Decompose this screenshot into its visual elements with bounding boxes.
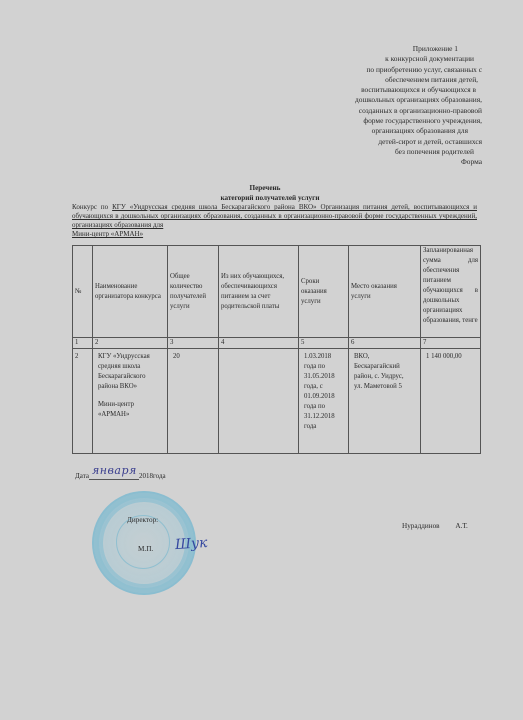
period-line: 01.09.2018 xyxy=(304,392,346,402)
period-line: 31.05.2018 xyxy=(304,372,346,382)
period-line: года по xyxy=(304,402,346,412)
appendix-line: созданных в организационно-правовой xyxy=(300,106,482,116)
intro-prefix: Конкурс по xyxy=(72,203,112,211)
document-title: Перечень xyxy=(200,184,330,193)
table-header-row: № Наименование организатора конкурса Общ… xyxy=(73,246,481,338)
intro-paragraph: Конкурс по КГУ «Уидрусская средняя школа… xyxy=(72,203,477,239)
place-line: район, с. Уидрус, xyxy=(354,372,418,382)
column-number: 1 xyxy=(73,338,93,349)
date-label: Дата xyxy=(75,472,89,480)
row-number: 2 xyxy=(73,349,93,454)
place-line: ВКО, xyxy=(354,352,418,362)
header-planned-sum: Запланированная сумма для обеспечения пи… xyxy=(421,246,481,338)
intro-organizer: КГУ «Уидрусская средняя школа Бескарагай… xyxy=(72,203,477,229)
organizer-line: Бескарагайского xyxy=(98,372,165,382)
row-parent-paid xyxy=(219,349,299,454)
column-number: 4 xyxy=(219,338,299,349)
signer: Нураддинов А.Т. xyxy=(402,522,468,530)
intro-center-name: Мини-центр «АРМАН» xyxy=(72,230,477,239)
appendix-header: Приложение 1 к конкурсной документации п… xyxy=(300,44,482,168)
appendix-line: форме государственного учреждения, xyxy=(300,116,482,126)
appendix-line: обеспечением питания детей, xyxy=(300,75,482,85)
signer-initials: А.Т. xyxy=(455,522,467,530)
appendix-line: по приобретению услуг, связанных с xyxy=(300,65,482,75)
row-total-recipients: 20 xyxy=(168,349,219,454)
date-blank: января xyxy=(89,468,139,480)
place-line: ул. Маметовой 5 xyxy=(354,382,418,392)
place-line: Бескарагайский xyxy=(354,362,418,372)
header-parent-paid: Из них обучающихся, обеспечивающихся пит… xyxy=(219,246,299,338)
column-number: 5 xyxy=(299,338,349,349)
date-handwritten: января xyxy=(92,464,137,477)
appendix-line: воспитывающихся и обучающихся в xyxy=(300,85,482,95)
row-place: ВКО, Бескарагайский район, с. Уидрус, ул… xyxy=(349,349,421,454)
header-total-recipients: Общее количество получателей услуги xyxy=(168,246,219,338)
director-label: Директор: xyxy=(127,516,158,524)
appendix-line: организациях образования для xyxy=(300,126,482,136)
date-suffix: 2018года xyxy=(139,472,166,480)
appendix-line: дошкольных организациях образования, xyxy=(300,95,482,105)
header-period: Сроки оказания услуги xyxy=(299,246,349,338)
header-organizer: Наименование организатора конкурса xyxy=(93,246,168,338)
stamp-place-label: М.П. xyxy=(138,545,153,553)
organizer-line: КГУ «Уидрусская xyxy=(98,352,165,362)
organizer-sub-line: «АРМАН» xyxy=(98,410,165,420)
table-row: 2 КГУ «Уидрусская средняя школа Бескараг… xyxy=(73,349,481,454)
appendix-line: без попечения родителей xyxy=(300,147,482,157)
period-line: года xyxy=(304,422,346,432)
period-line: 31.12.2018 xyxy=(304,412,346,422)
table-column-numbers-row: 1 2 3 4 5 6 7 xyxy=(73,338,481,349)
row-planned-sum: 1 140 000,00 xyxy=(421,349,481,454)
appendix-line: к конкурсной документации xyxy=(300,54,482,64)
period-line: 1.03.2018 xyxy=(304,352,346,362)
recipients-table: № Наименование организатора конкурса Общ… xyxy=(72,245,481,454)
document-subtitle: категорий получателей услуги xyxy=(190,194,350,203)
date-line: Дата января 2018года xyxy=(75,468,166,480)
period-line: года по xyxy=(304,362,346,372)
column-number: 3 xyxy=(168,338,219,349)
column-number: 7 xyxy=(421,338,481,349)
organizer-line: района ВКО» xyxy=(98,382,165,392)
header-place: Место оказания услуги xyxy=(349,246,421,338)
organizer-line: средняя школа xyxy=(98,362,165,372)
period-line: года, с xyxy=(304,382,346,392)
document-page: Приложение 1 к конкурсной документации п… xyxy=(0,0,523,720)
column-number: 2 xyxy=(93,338,168,349)
appendix-line: детей-сирот и детей, оставшихся xyxy=(300,137,482,147)
appendix-line: Форма xyxy=(300,157,482,167)
column-number: 6 xyxy=(349,338,421,349)
row-period: 1.03.2018 года по 31.05.2018 года, с 01.… xyxy=(299,349,349,454)
row-organizer: КГУ «Уидрусская средняя школа Бескарагай… xyxy=(93,349,168,454)
organizer-sub-line: Мини-центр xyxy=(98,400,165,410)
appendix-line: Приложение 1 xyxy=(300,44,482,54)
header-number: № xyxy=(73,246,93,338)
signer-name: Нураддинов xyxy=(402,522,440,530)
signature: Шук xyxy=(174,535,208,553)
